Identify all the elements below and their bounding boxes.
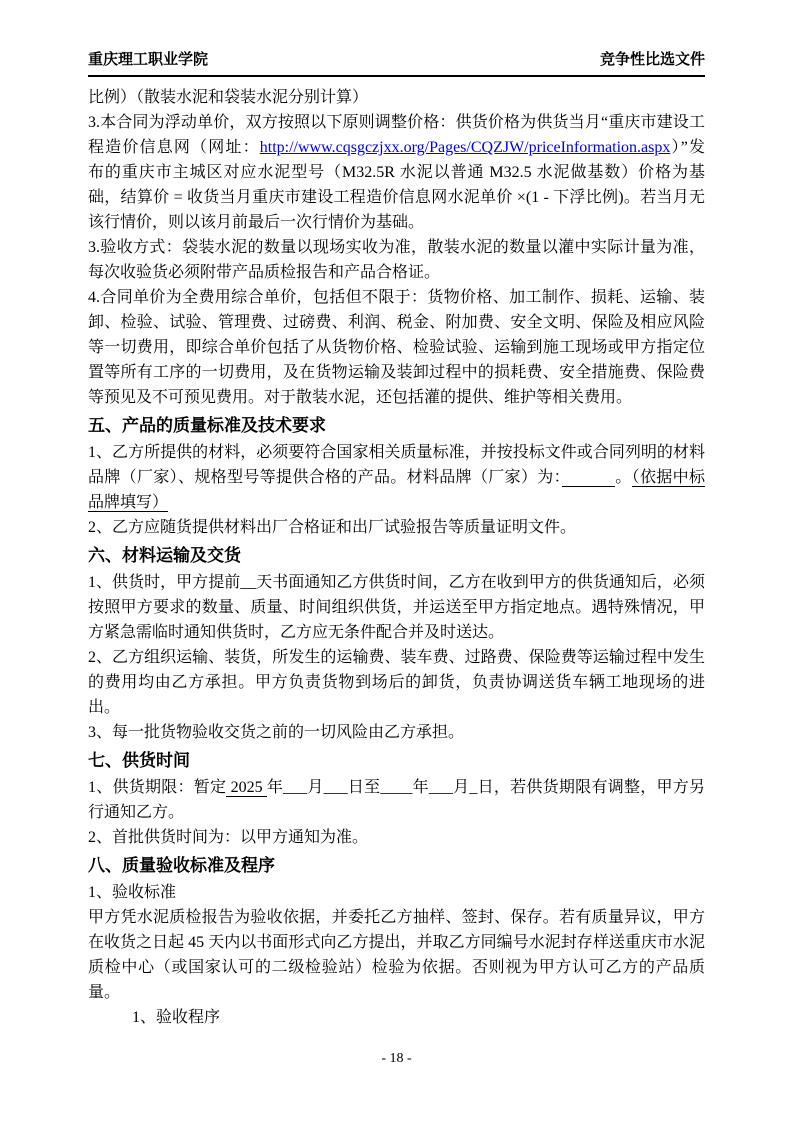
section-heading: 七、供货时间 — [88, 748, 705, 773]
fill-in-blank-underline: 2025 — [226, 779, 267, 797]
text-run: 1、验收标准 — [88, 884, 176, 901]
paragraph: 2、首批供货时间为：以甲方通知为准。 — [88, 825, 705, 850]
paragraph: 甲方凭水泥质检报告为验收依据，并委托乙方抽样、签封、保存。若有质量异议，甲方在收… — [88, 905, 705, 1005]
text-run: 比例）（散装水泥和袋装水泥分别计算） — [88, 89, 368, 106]
section-heading: 六、材料运输及交货 — [88, 543, 705, 568]
text-run: 六、材料运输及交货 — [88, 546, 241, 565]
text-run: 五、产品的质量标准及技术要求 — [88, 416, 326, 435]
text-run: 4.合同单价为全费用综合单价，包括但不限于：货物价格、加工制作、损耗、运输、装卸… — [88, 289, 705, 406]
text-run: 2、乙方组织运输、装货，所发生的运输费、装车费、过路费、保险费等运输过程中发生的… — [88, 649, 705, 716]
paragraph: 2、乙方应随货提供材料出厂合格证和出厂试验报告等质量证明文件。 — [88, 515, 705, 540]
text-run: 3.验收方式：袋装水泥的数量以现场实收为准，散装水泥的数量以灌中实际计量为准，每… — [88, 239, 705, 281]
document-body: 比例）（散装水泥和袋装水泥分别计算）3.本合同为浮动单价，双方按照以下原则调整价… — [88, 85, 705, 1030]
paragraph: 1、乙方所提供的材料，必须要符合国家相关质量标准，并按投标文件或合同列明的材料品… — [88, 440, 705, 515]
page-number: - 18 - — [381, 1051, 411, 1066]
document-page: 重庆理工职业学院 竞争性比选文件 比例）（散装水泥和袋装水泥分别计算）3.本合同… — [0, 0, 793, 1122]
page-header: 重庆理工职业学院 竞争性比选文件 — [88, 50, 705, 77]
paragraph: 1、供货期限：暂定 2025 年___月___日至____年___月_日，若供货… — [88, 775, 705, 825]
text-run: 1、验收程序 — [132, 1009, 220, 1026]
text-run: 2、首批供货时间为：以甲方通知为准。 — [88, 829, 368, 846]
fill-in-blank-underline — [562, 469, 615, 487]
paragraph: 3、每一批货物验收交货之前的一切风险由乙方承担。 — [88, 720, 705, 745]
paragraph: 1、验收标准 — [88, 880, 705, 905]
price-info-hyperlink[interactable]: http://www.cqsgczjxx.org/Pages/CQZJW/pri… — [260, 139, 671, 156]
text-run: 1、供货期限：暂定 — [88, 779, 226, 796]
paragraph: 3.验收方式：袋装水泥的数量以现场实收为准，散装水泥的数量以灌中实际计量为准，每… — [88, 235, 705, 285]
text-run: 1、供货时，甲方提前__天书面通知乙方供货时间，乙方在收到甲方的供货通知后，必须… — [88, 574, 705, 641]
text-run: 3、每一批货物验收交货之前的一切风险由乙方承担。 — [88, 724, 464, 741]
paragraph: 比例）（散装水泥和袋装水泥分别计算） — [88, 85, 705, 110]
header-doc-type: 竞争性比选文件 — [600, 50, 705, 70]
paragraph: 1、供货时，甲方提前__天书面通知乙方供货时间，乙方在收到甲方的供货通知后，必须… — [88, 570, 705, 645]
text-run: 八、质量验收标准及程序 — [88, 856, 275, 875]
paragraph: 2、乙方组织运输、装货，所发生的运输费、装车费、过路费、保险费等运输过程中发生的… — [88, 645, 705, 720]
text-run: 。 — [615, 469, 631, 486]
text-run: 七、供货时间 — [88, 751, 190, 770]
paragraph: 1、验收程序 — [88, 1005, 705, 1030]
paragraph: 4.合同单价为全费用综合单价，包括但不限于：货物价格、加工制作、损耗、运输、装卸… — [88, 285, 705, 410]
section-heading: 八、质量验收标准及程序 — [88, 853, 705, 878]
section-heading: 五、产品的质量标准及技术要求 — [88, 413, 705, 438]
paragraph: 3.本合同为浮动单价，双方按照以下原则调整价格：供货价格为供货当月“重庆市建设工… — [88, 110, 705, 235]
text-run: 甲方凭水泥质检报告为验收依据，并委托乙方抽样、签封、保存。若有质量异议，甲方在收… — [88, 909, 705, 1001]
page-footer: - 18 - — [0, 1050, 793, 1068]
text-run: 2、乙方应随货提供材料出厂合格证和出厂试验报告等质量证明文件。 — [88, 519, 576, 536]
header-org-name: 重庆理工职业学院 — [88, 50, 208, 70]
